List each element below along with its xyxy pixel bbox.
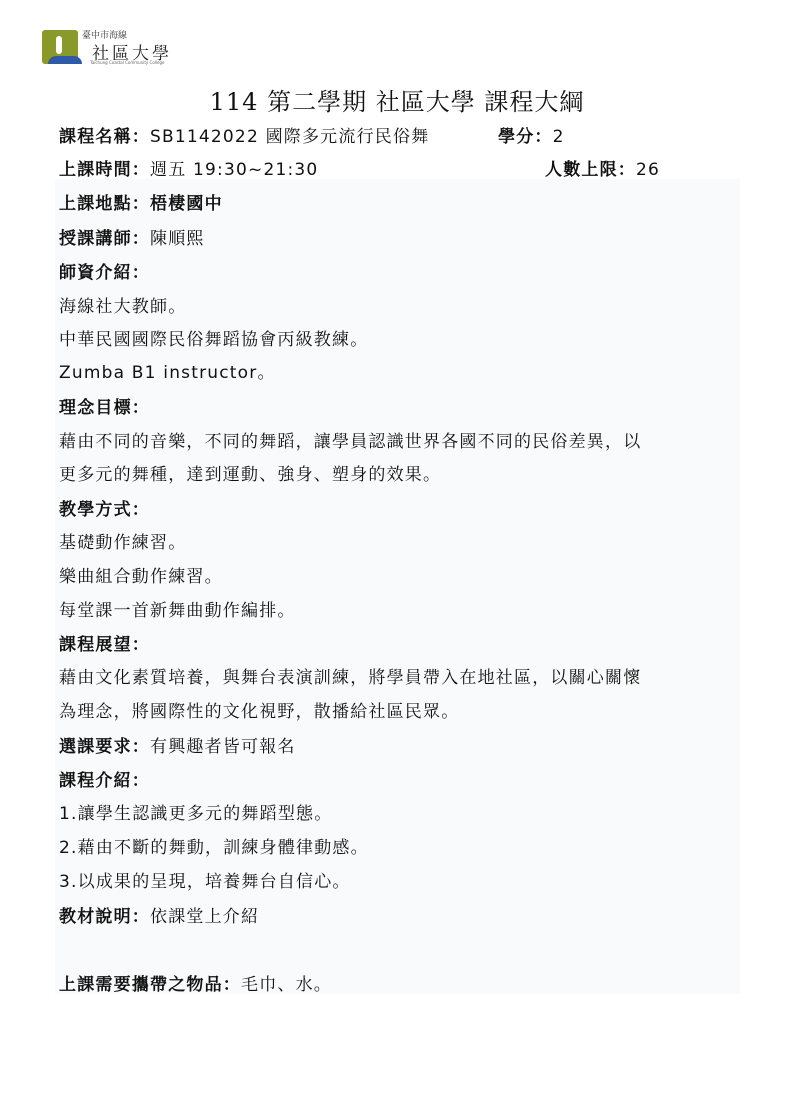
intro-line: 2.藉由不斷的舞動，訓練身體律動感。 — [59, 833, 369, 858]
time-value: 週五 19:30~21:30 — [150, 160, 318, 180]
intro-heading: 課程介紹： — [59, 766, 150, 791]
method-line: 基礎動作練習。 — [59, 528, 186, 553]
course-name-label: 課程名稱： — [59, 127, 150, 147]
vision-line: 為理念，將國際性的文化視野，散播給社區民眾。 — [59, 697, 459, 722]
college-logo: 臺中市海線 社區大學 Taichung Coastal Community Co… — [42, 28, 172, 68]
requirement-value: 有興趣者皆可報名 — [150, 737, 296, 757]
bio-line: Zumba B1 instructor。 — [59, 358, 276, 383]
goal-heading: 理念目標： — [59, 393, 150, 418]
materials-value: 依課堂上介紹 — [150, 907, 259, 927]
method-line: 每堂課一首新舞曲動作編排。 — [59, 596, 296, 621]
logo-emblem-icon — [42, 30, 78, 64]
location-label: 上課地點： — [59, 194, 150, 214]
course-name-row: 課程名稱：SB1142022 國際多元流行民俗舞 — [59, 122, 429, 147]
materials-row: 教材說明：依課堂上介紹 — [59, 902, 259, 927]
logo-english: Taichung Coastal Community College — [90, 60, 164, 65]
intro-line: 3.以成果的呈現，培養舞台自信心。 — [59, 867, 351, 892]
time-label: 上課時間： — [59, 160, 150, 180]
time-row: 上課時間：週五 19:30~21:30 — [59, 155, 318, 180]
credit-label: 學分： — [498, 127, 553, 147]
items-value: 毛巾、水。 — [241, 975, 332, 995]
course-name-value: SB1142022 國際多元流行民俗舞 — [150, 127, 429, 147]
page-title: 114 第二學期 社區大學 課程大綱 — [0, 82, 794, 117]
limit-value: 26 — [636, 160, 660, 180]
credit-row: 學分：2 — [498, 122, 565, 147]
goal-line: 更多元的舞種，達到運動、強身、塑身的效果。 — [59, 460, 441, 485]
items-label: 上課需要攜帶之物品： — [59, 975, 241, 995]
location-value: 梧棲國中 — [150, 194, 223, 214]
vision-line: 藉由文化素質培養，與舞台表演訓練，將學員帶入在地社區，以關心關懷 — [59, 663, 641, 688]
vision-heading: 課程展望： — [59, 630, 150, 655]
bio-line: 中華民國國際民俗舞蹈協會丙級教練。 — [59, 325, 368, 350]
goal-line: 藉由不同的音樂，不同的舞蹈，讓學員認識世界各國不同的民俗差異，以 — [59, 427, 641, 452]
bio-line: 海線社大教師。 — [59, 292, 186, 317]
materials-label: 教材說明： — [59, 907, 150, 927]
credit-value: 2 — [553, 127, 565, 147]
limit-label: 人數上限： — [545, 160, 636, 180]
items-row: 上課需要攜帶之物品：毛巾、水。 — [59, 970, 332, 995]
intro-line: 1.讓學生認識更多元的舞蹈型態。 — [59, 799, 332, 824]
requirement-label: 選課要求： — [59, 737, 150, 757]
teacher-label: 授課講師： — [59, 229, 150, 249]
location-row: 上課地點：梧棲國中 — [59, 189, 223, 214]
bio-heading: 師資介紹： — [59, 258, 150, 283]
requirement-row: 選課要求：有興趣者皆可報名 — [59, 732, 296, 757]
limit-row: 人數上限：26 — [545, 155, 660, 180]
method-line: 樂曲組合動作練習。 — [59, 562, 223, 587]
teacher-value: 陳順熙 — [150, 229, 205, 249]
method-heading: 教學方式： — [59, 495, 150, 520]
teacher-row: 授課講師：陳順熙 — [59, 224, 205, 249]
